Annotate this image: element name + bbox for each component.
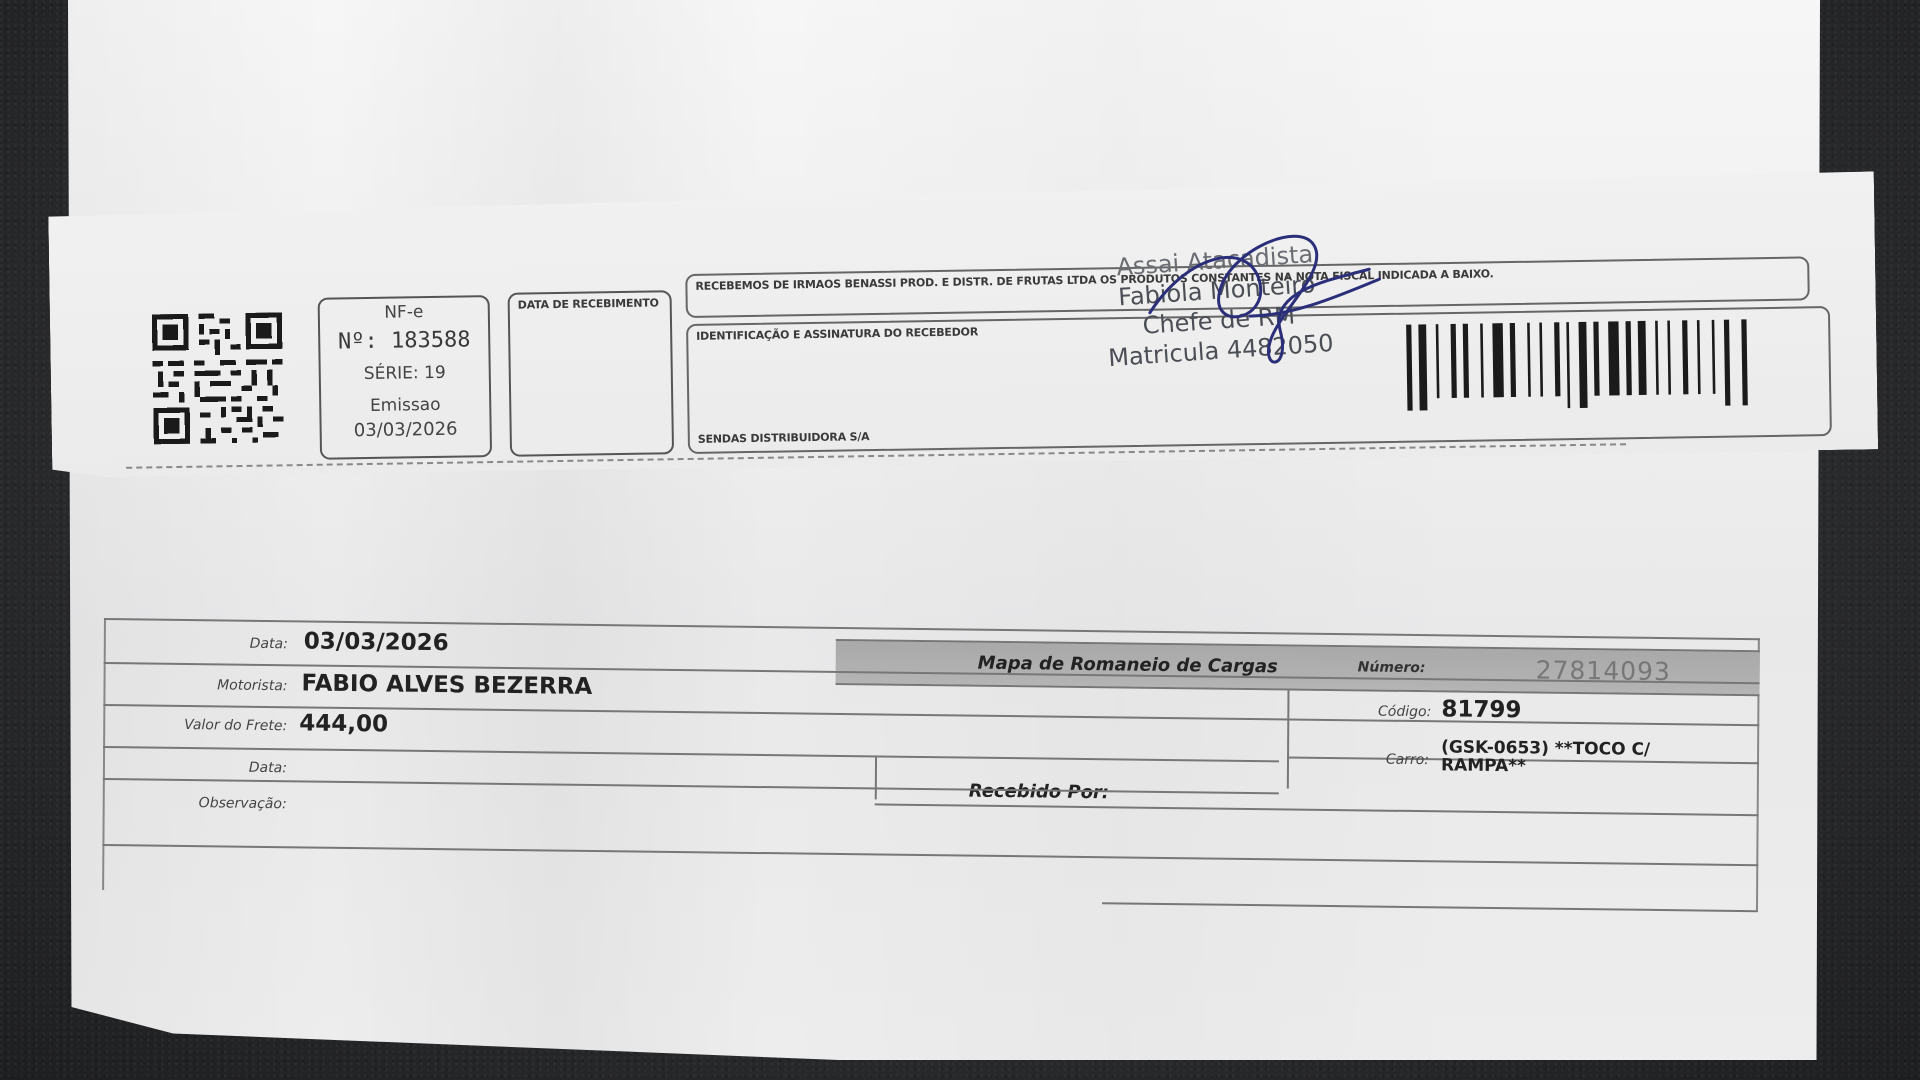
carro-label: Carro: — [1293, 751, 1429, 769]
data2-label: Data: — [103, 758, 287, 776]
valor-frete-value: 444,00 — [299, 710, 388, 737]
numero-label: Número: — [1358, 659, 1426, 676]
receiver-company: SENDAS DISTRIBUIDORA S/A — [698, 430, 870, 446]
receiver-identification-label: IDENTIFICAÇÃO E ASSINATURA DO RECEBEDOR — [696, 325, 978, 342]
receipt-date-label: DATA DE RECEBIMENTO — [518, 296, 659, 311]
nfe-serie: SÉRIE: 19 — [321, 362, 489, 385]
nfe-emission-date: 03/03/2026 — [322, 418, 490, 442]
motorista-value: FABIO ALVES BEZERRA — [301, 670, 592, 700]
motorista-label: Motorista: — [103, 676, 287, 694]
nfe-number: Nº: 183588 — [320, 327, 488, 355]
valor-frete-label: Valor do Frete: — [103, 716, 287, 734]
observacao-label: Observação: — [103, 794, 287, 812]
nfe-emission-label: Emissao — [321, 394, 489, 417]
receipt-date-field: DATA DE RECEBIMENTO — [508, 290, 675, 457]
data-label: Data: — [104, 634, 288, 652]
signature-icon — [1128, 219, 1390, 383]
codigo-label: Código: — [1293, 703, 1431, 721]
barcode-icon — [1402, 313, 1784, 419]
nfe-info-box: NF-e Nº: 183588 SÉRIE: 19 Emissao 03/03/… — [318, 295, 493, 460]
nfe-label: NF-e — [320, 301, 488, 324]
qr-code-icon — [146, 312, 290, 444]
cargo-manifest-form: Data: 03/03/2026 Mapa de Romaneio de Car… — [102, 618, 1760, 910]
codigo-value: 81799 — [1441, 696, 1521, 723]
carro-value: (GSK-0653) **TOCO C/ RAMPA** — [1441, 738, 1650, 777]
nfe-receipt-stub: NF-e Nº: 183588 SÉRIE: 19 Emissao 03/03/… — [48, 171, 1878, 478]
data-value: 03/03/2026 — [304, 628, 449, 656]
